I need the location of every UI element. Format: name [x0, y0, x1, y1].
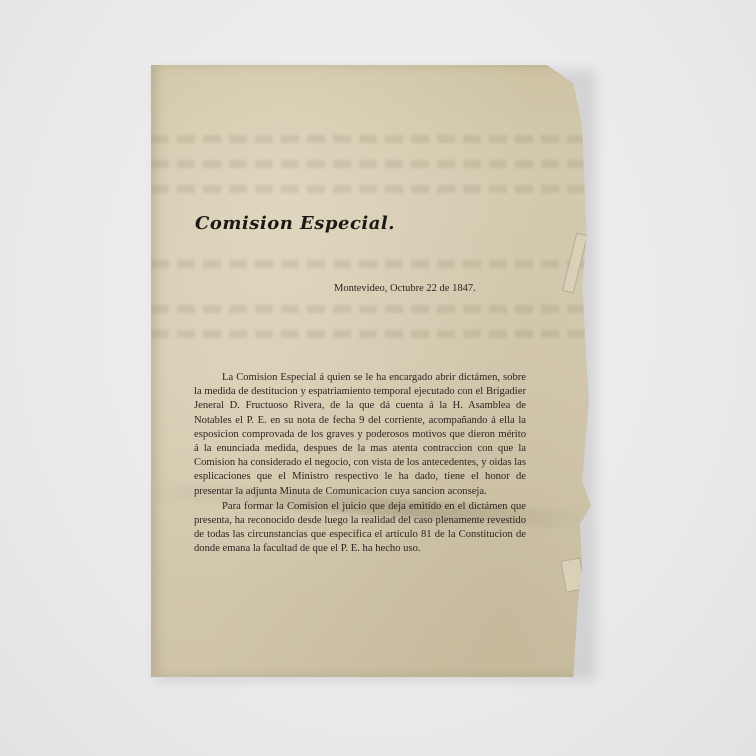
paragraph: La Comision Especial á quien se le ha en… [194, 371, 526, 499]
bleed-through-text [151, 160, 591, 168]
document-page: Comision Especial. Montevideo, Octubre 2… [151, 65, 591, 677]
bleed-through-text [151, 330, 591, 338]
bleed-through-text [151, 185, 591, 193]
dateline: Montevideo, Octubre 22 de 1847. [334, 283, 476, 294]
bleed-through-text [151, 305, 591, 313]
bleed-through-text [151, 260, 591, 268]
document-title: Comision Especial. [195, 213, 395, 234]
document-body: La Comision Especial á quien se le ha en… [194, 371, 526, 557]
paragraph: Para formar la Comision el juicio que de… [194, 500, 526, 557]
bleed-through-text [151, 135, 591, 143]
